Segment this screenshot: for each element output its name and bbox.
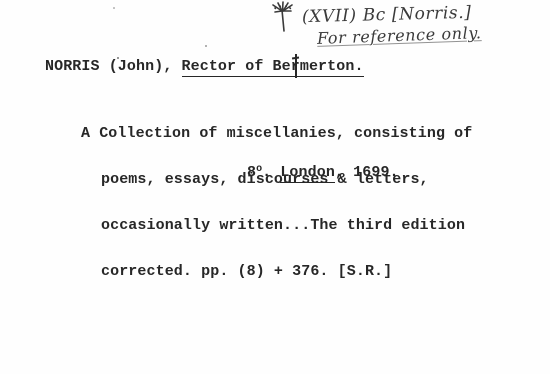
place-name: London — [280, 164, 335, 183]
overstruck-char: r — [291, 58, 300, 75]
imprint-tail: , 1699. — [335, 164, 399, 181]
title-part-before: Rector of Be — [182, 58, 291, 75]
format-notation: 8 — [247, 164, 256, 181]
scan-speck — [117, 57, 119, 59]
title-part-after: merton. — [300, 58, 364, 75]
imprint-separator: . — [262, 164, 280, 181]
body-line: occasionally written...The third edition — [101, 218, 472, 233]
body-line: A Collection of miscellanies, consisting… — [81, 126, 472, 141]
imprint-line: 8o. London, 1699. — [247, 164, 399, 181]
body-line: corrected. pp. (8) + 376. [S.R.] — [101, 264, 472, 279]
reference-note: For reference only. — [317, 23, 482, 48]
format-superscript: o — [256, 164, 262, 175]
author-name: NORRIS (John), — [45, 58, 182, 75]
catalog-card: (XVII) Bc [Norris.] For reference only. … — [0, 0, 550, 374]
scan-speck — [113, 7, 115, 9]
heading-line: NORRIS (John), Rector of Bermerton. — [45, 58, 364, 75]
scan-speck — [205, 45, 207, 47]
title-underlined: Rector of Bermerton. — [182, 58, 364, 77]
body-paragraph: A Collection of miscellanies, consisting… — [81, 95, 472, 311]
asterisk-icon — [268, 1, 298, 33]
